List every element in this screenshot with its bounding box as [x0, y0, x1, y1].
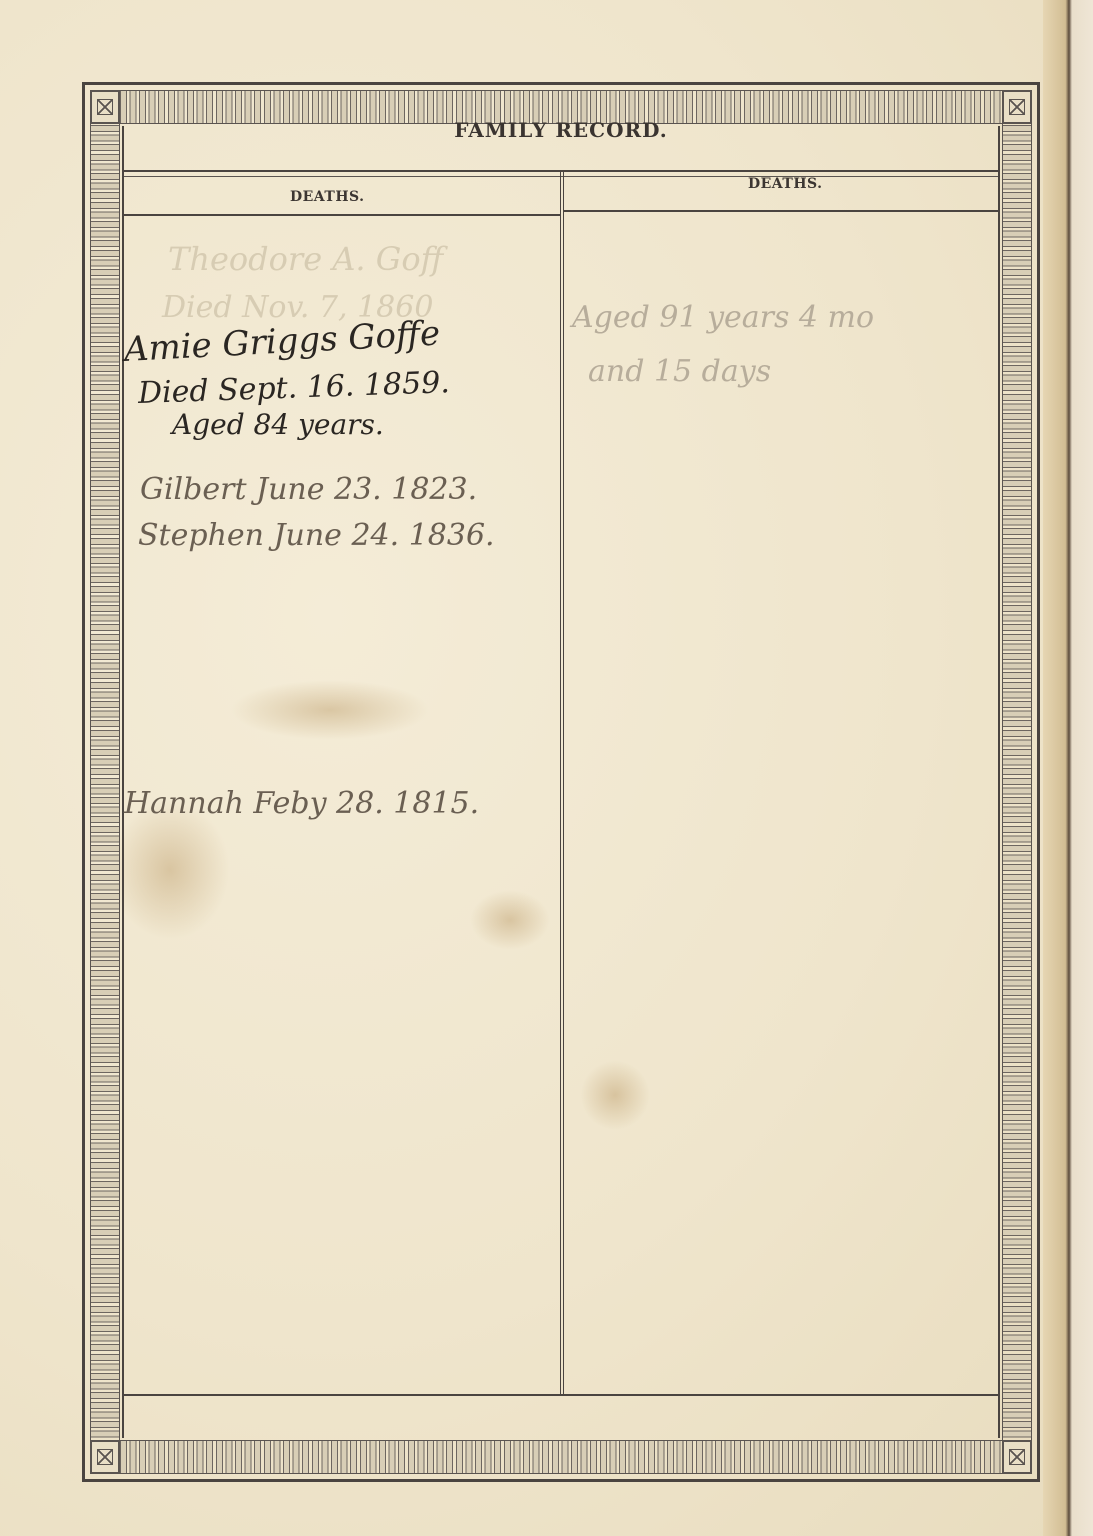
column-header-divider-left: [124, 214, 560, 216]
ornamental-border-bottom: [90, 1440, 1032, 1474]
handwritten-entry: Aged 91 years 4 mo: [572, 300, 874, 335]
handwritten-entry: Hannah Feby 28. 1815.: [124, 786, 479, 821]
column-heading-left: DEATHS.: [290, 189, 365, 205]
corner-ornament-icon: [90, 1440, 120, 1474]
handwritten-entry: Stephen June 24. 1836.: [138, 518, 495, 553]
ornamental-border-left: [90, 124, 120, 1440]
column-header-divider-right: [564, 210, 998, 212]
corner-ornament-icon: [1002, 1440, 1032, 1474]
bottom-rule: [124, 1394, 998, 1396]
page-title: FAMILY RECORD.: [122, 118, 1000, 142]
book-spine-edge: [1043, 0, 1093, 1536]
corner-ornament-icon: [90, 90, 120, 124]
handwritten-entry: Theodore A. Goff: [168, 240, 443, 278]
handwritten-entry: Aged 84 years.: [172, 408, 384, 441]
column-heading-right: DEATHS.: [748, 176, 823, 192]
handwritten-entry: and 15 days: [588, 354, 771, 389]
column-divider: [560, 172, 564, 1394]
handwritten-entry: Gilbert June 23. 1823.: [140, 472, 477, 507]
ornamental-border-right: [1002, 124, 1032, 1440]
book-page: FAMILY RECORD. DEATHS. DEATHS. Theodore …: [0, 0, 1093, 1536]
corner-ornament-icon: [1002, 90, 1032, 124]
